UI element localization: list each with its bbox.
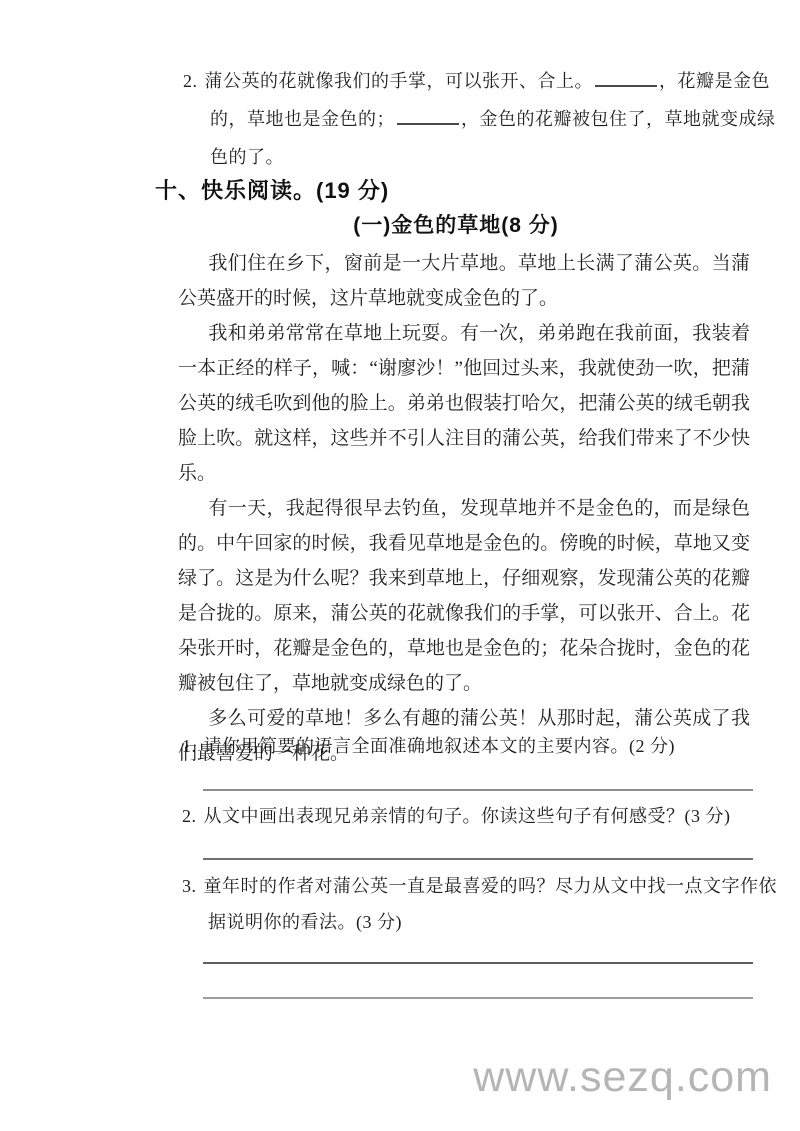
passage-paragraph: 我们住在乡下，窗前是一大片草地。草地上长满了蒲公英。当蒲公英盛开的时候，这片草地… bbox=[178, 246, 750, 316]
fill-in-text: 蒲公英的花就像我们的手掌，可以张开、合上。，花瓣是金色的，草地也是金色的；，金色… bbox=[205, 71, 776, 167]
question-text: 童年时的作者对蒲公英一直是最喜爱的吗？尽力从文中找一点文字作依据说明你的看法。(… bbox=[204, 876, 778, 932]
fill-in-question: 2.蒲公英的花就像我们的手掌，可以张开、合上。，花瓣是金色的，草地也是金色的；，… bbox=[183, 62, 788, 176]
question-1: 1.请你用简要的语言全面准确地叙述本文的主要内容。(2 分) bbox=[182, 728, 786, 764]
answer-line-1[interactable] bbox=[203, 789, 753, 791]
answer-line-3[interactable] bbox=[203, 962, 753, 964]
answer-blank[interactable] bbox=[397, 121, 459, 125]
question-number: 3. bbox=[182, 876, 197, 896]
answer-blank[interactable] bbox=[595, 83, 657, 87]
passage-paragraph: 我和弟弟常常在草地上玩耍。有一次，弟弟跑在我前面，我装着一本正经的样子，喊：“谢… bbox=[178, 316, 750, 491]
question-text: 从文中画出表现兄弟亲情的句子。你读这些句子有何感受？(3 分) bbox=[204, 806, 731, 826]
passage-title: (一)金色的草地(8 分) bbox=[155, 209, 757, 239]
question-number: 2. bbox=[182, 806, 197, 826]
question-text: 请你用简要的语言全面准确地叙述本文的主要内容。(2 分) bbox=[204, 736, 676, 756]
passage-body: 我们住在乡下，窗前是一大片草地。草地上长满了蒲公英。当蒲公英盛开的时候，这片草地… bbox=[178, 246, 750, 771]
question-number: 2. bbox=[183, 71, 198, 91]
answer-line-4[interactable] bbox=[203, 997, 753, 999]
question-number: 1. bbox=[182, 736, 197, 756]
passage-paragraph: 有一天，我起得很早去钓鱼，发现草地并不是金色的，而是绿色的。中午回家的时候，我看… bbox=[178, 491, 750, 701]
watermark: www.sezq.com bbox=[473, 1052, 772, 1104]
answer-line-2[interactable] bbox=[203, 858, 753, 860]
question-2: 2.从文中画出表现兄弟亲情的句子。你读这些句子有何感受？(3 分) bbox=[182, 798, 786, 834]
section-heading: 十、快乐阅读。(19 分) bbox=[155, 174, 389, 205]
question-3: 3.童年时的作者对蒲公英一直是最喜爱的吗？尽力从文中找一点文字作依据说明你的看法… bbox=[182, 868, 786, 940]
